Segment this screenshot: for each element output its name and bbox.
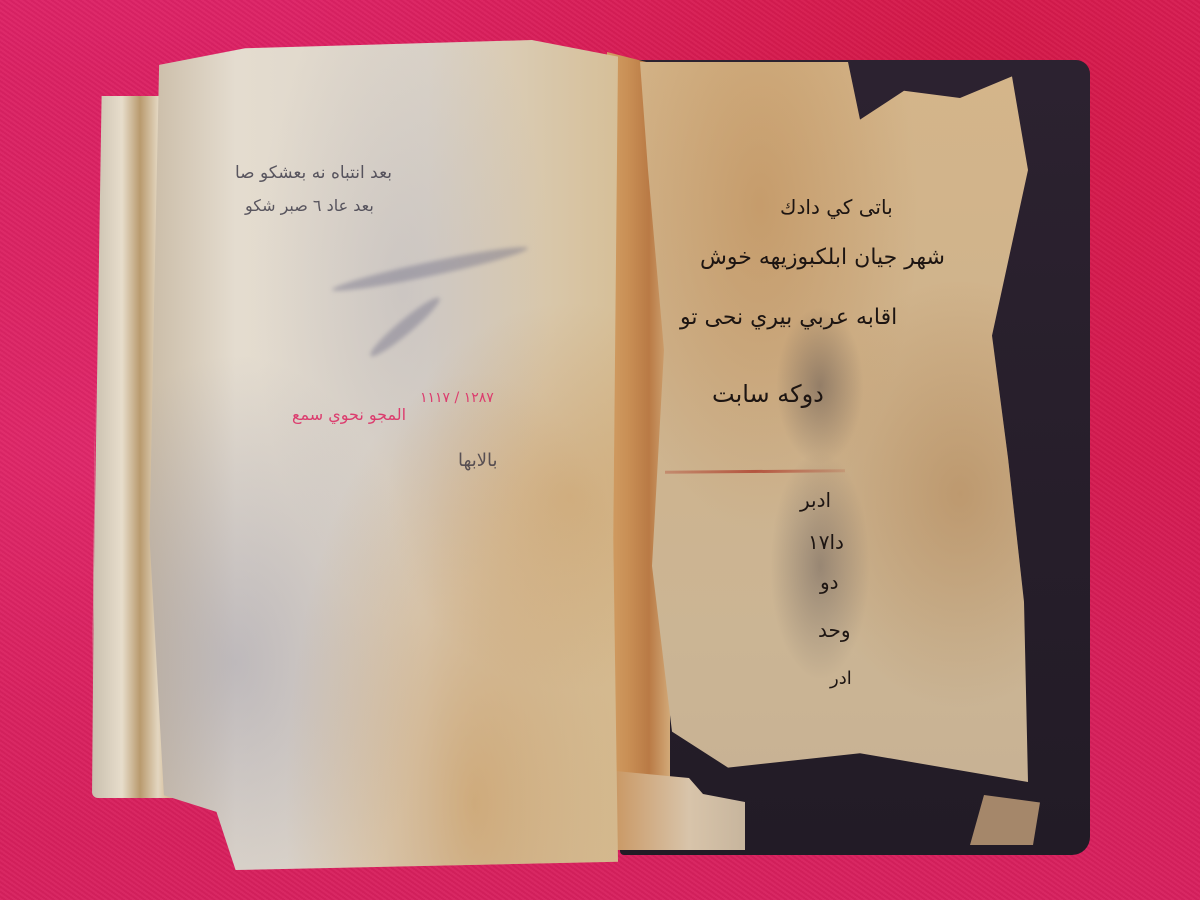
open-manuscript-book: بعد انتباه نه بعشكو صا بعد عاد ٦ صبر شكو…	[0, 0, 1200, 900]
left-line-2: بعد عاد ٦ صبر شكو	[245, 196, 374, 215]
left-line-1: بعد انتباه نه بعشكو صا	[235, 163, 392, 183]
right-line-2: شهر جيان ابلكبوزيهه خوش	[700, 245, 945, 270]
left-date-note: ١٢٨٧ / ١١١٧	[420, 390, 494, 406]
right-line-3: اقابه عربي بيري نحی تو	[680, 305, 897, 330]
right-line-1: باتى كي دادك	[780, 195, 893, 219]
left-line-3: بالابها	[458, 450, 498, 471]
right-list-item-4: وحد	[818, 618, 851, 642]
right-list-item-1: ادبر	[800, 488, 831, 512]
right-list-item-3: دو	[820, 570, 839, 594]
right-list-item-5: ادر	[830, 668, 852, 689]
right-list-item-2: دا١٧	[808, 530, 844, 554]
right-line-4: دوكه سابت	[712, 380, 824, 408]
left-red-note: المجو نحوي سمع	[292, 405, 406, 424]
